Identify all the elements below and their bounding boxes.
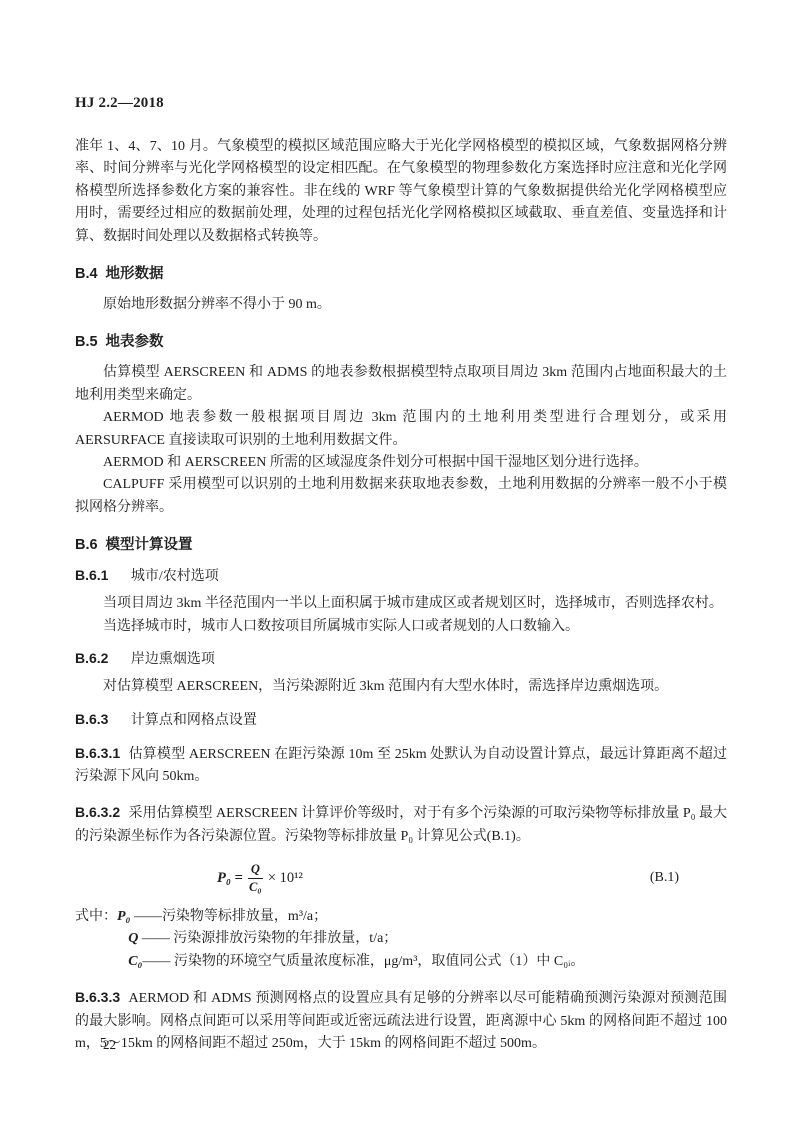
paragraph-number: B.6.3.3 <box>75 989 120 1005</box>
paragraph-b62-1: 对估算模型 AERSCREEN，当污染源附近 3km 范围内有大型水体时，需选择… <box>75 676 727 698</box>
section-heading-b4: B.4地形数据 <box>75 262 727 283</box>
subsection-heading-b61: B.6.1城市/农村选项 <box>75 565 727 585</box>
definition-text: 污染物的环境空气质量浓度标准，μg/m³，取值同公式（1）中 C₀ᵢ。 <box>174 954 585 969</box>
paragraph-b61-2: 当选择城市时，城市人口数按项目所属城市实际人口或者规划的人口数输入。 <box>75 616 727 638</box>
document-page: HJ 2.2—2018 准年 1、4、7、10 月。气象模型的模拟区域范围应略大… <box>0 0 800 1132</box>
section-number: B.4 <box>75 266 98 282</box>
subsection-number: B.6.3 <box>75 711 108 727</box>
subsection-heading-b62: B.6.2岸边熏烟选项 <box>75 648 727 668</box>
section-title: 模型计算设置 <box>106 537 193 553</box>
paragraph-b5-2: AERMOD 地表参数一般根据项目周边 3km 范围内的土地利用类型进行合理划分… <box>75 407 727 452</box>
formula-rhs: × 10¹² <box>268 870 303 887</box>
paragraph-number: B.6.3.2 <box>75 804 120 820</box>
definition-line-c0: C₀—— 污染物的环境空气质量浓度标准，μg/m³，取值同公式（1）中 C₀ᵢ。 <box>75 951 727 973</box>
fraction-denominator: C₀ <box>249 879 262 894</box>
page-content: HJ 2.2—2018 准年 1、4、7、10 月。气象模型的模拟区域范围应略大… <box>75 95 727 1055</box>
definition-line-q: Q —— 污染源排放污染物的年排放量，t/a； <box>75 928 727 950</box>
definition-line-p0: 式中：P₀ ——污染物等标排放量，m³/a； <box>75 906 727 928</box>
section-number: B.6 <box>75 537 98 553</box>
section-heading-b5: B.5地表参数 <box>75 330 727 351</box>
paragraph-b633: B.6.3.3AERMOD 和 ADMS 预测网格点的设置应具有足够的分辨率以尽… <box>75 986 727 1055</box>
definition-text: 污染物等标排放量，m³/a； <box>162 909 327 924</box>
definition-symbol: C₀ <box>128 954 142 969</box>
section-number: B.5 <box>75 334 98 350</box>
section-heading-b6: B.6模型计算设置 <box>75 533 727 554</box>
section-title: 地表参数 <box>106 334 164 350</box>
definition-symbol: P₀ <box>117 909 130 924</box>
paragraph-b4: 原始地形数据分辨率不得小于 90 m。 <box>75 294 727 316</box>
paragraph-text: 采用估算模型 AERSCREEN 计算评价等级时，对于有多个污染源的可取污染物等… <box>75 806 727 843</box>
definitions-intro: 式中： <box>75 909 117 924</box>
paragraph-b5-3: AERMOD 和 AERSCREEN 所需的区域湿度条件划分可根据中国干湿地区划… <box>75 452 727 474</box>
definition-dash: —— <box>134 909 162 924</box>
formula-equation-label: (B.1) <box>650 870 679 886</box>
subsection-heading-b63: B.6.3计算点和网格点设置 <box>75 709 727 729</box>
formula-lhs: P₀ = <box>217 870 243 887</box>
paragraph-b631: B.6.3.1估算模型 AERSCREEN 在距污染源 10m 至 25km 处… <box>75 742 727 789</box>
subsection-number: B.6.1 <box>75 567 108 583</box>
page-number: 22 <box>103 1037 116 1053</box>
formula-definitions: 式中：P₀ ——污染物等标排放量，m³/a； Q —— 污染源排放污染物的年排放… <box>75 906 727 973</box>
intro-paragraph: 准年 1、4、7、10 月。气象模型的模拟区域范围应略大于光化学网格模型的模拟区… <box>75 136 727 248</box>
subsection-number: B.6.2 <box>75 650 108 666</box>
section-title: 地形数据 <box>106 266 164 282</box>
paragraph-text: 估算模型 AERSCREEN 在距污染源 10m 至 25km 处默认为自动设置… <box>75 747 727 784</box>
fraction-numerator: Q <box>248 862 263 878</box>
formula-b1: P₀ = Q C₀ × 10¹² <box>217 862 303 894</box>
subsection-title: 城市/农村选项 <box>131 569 219 584</box>
paragraph-text: AERMOD 和 ADMS 预测网格点的设置应具有足够的分辨率以尽可能精确预测污… <box>75 991 727 1051</box>
definition-symbol: Q <box>128 931 138 946</box>
subsection-title: 岸边熏烟选项 <box>131 652 215 667</box>
formula-fraction: Q C₀ <box>248 862 263 894</box>
definition-dash: —— <box>142 954 170 969</box>
paragraph-number: B.6.3.1 <box>75 745 120 761</box>
paragraph-b61-1: 当项目周边 3km 半径范围内一半以上面积属于城市建成区或者规划区时，选择城市，… <box>75 593 727 615</box>
document-header: HJ 2.2—2018 <box>75 95 727 112</box>
paragraph-b5-4: CALPUFF 采用模型可以识别的土地利用数据来获取地表参数，土地利用数据的分辨… <box>75 474 727 519</box>
formula-b1-row: P₀ = Q C₀ × 10¹² (B.1) <box>75 862 727 894</box>
paragraph-b632: B.6.3.2采用估算模型 AERSCREEN 计算评价等级时，对于有多个污染源… <box>75 801 727 848</box>
subsection-title: 计算点和网格点设置 <box>131 713 257 728</box>
paragraph-b5-1: 估算模型 AERSCREEN 和 ADMS 的地表参数根据模型特点取项目周边 3… <box>75 362 727 407</box>
definition-dash: —— <box>142 931 170 946</box>
definition-text: 污染源排放污染物的年排放量，t/a； <box>173 931 397 946</box>
